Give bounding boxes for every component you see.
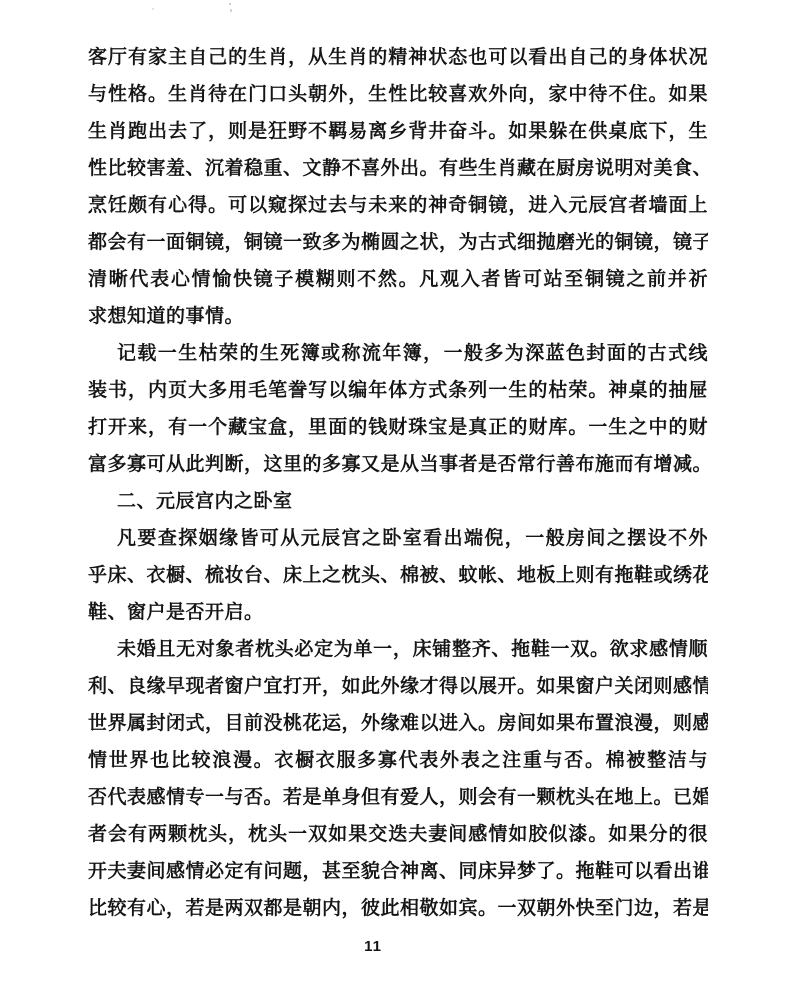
text-line: 比较有心，若是两双都是朝内，彼此相敬如宾。一双朝外快至门边，若是 xyxy=(88,890,708,927)
text-line: 与性格。生肖待在门口头朝外，生性比较喜欢外向，家中待不住。如果 xyxy=(88,76,708,113)
text-line: 求想知道的事情。 xyxy=(88,298,708,335)
text-line: 乎床、衣橱、梳妆台、床上之枕头、棉被、蚊帐、地板上则有拖鞋或绣花 xyxy=(88,557,708,594)
text-line: 都会有一面铜镜，铜镜一致多为椭圆之状，为古式细抛磨光的铜镜，镜子 xyxy=(88,224,708,261)
scan-speck xyxy=(152,8,154,10)
text-line: 打开来，有一个藏宝盒，里面的钱财珠宝是真正的财库。一生之中的财 xyxy=(88,409,708,446)
scanned-book-page: 客厅有家主自己的生肖，从生肖的精神状态也可以看出自己的身体状况 与性格。生肖待在… xyxy=(0,0,790,1002)
text-line: 开夫妻间感情必定有问题，甚至貌合神离、同床异梦了。拖鞋可以看出谁 xyxy=(88,853,708,890)
text-line: 利、良缘早现者窗户宜打开，如此外缘才得以展开。如果窗户关闭则感情 xyxy=(88,668,708,705)
section-heading: 二、元辰宫内之卧室 xyxy=(88,483,708,520)
text-line: 生肖跑出去了，则是狂野不羁易离乡背井奋斗。如果躲在供桌底下，生 xyxy=(88,113,708,150)
text-line: 记载一生枯荣的生死簿或称流年簿，一般多为深蓝色封面的古式线 xyxy=(88,335,708,372)
scan-speck xyxy=(229,3,231,5)
scan-speck xyxy=(230,9,232,12)
text-line: 凡要查探姻缘皆可从元辰宫之卧室看出端倪，一般房间之摆设不外 xyxy=(88,520,708,557)
text-line: 鞋、窗户是否开启。 xyxy=(88,594,708,631)
text-line: 情世界也比较浪漫。衣橱衣服多寡代表外表之注重与否。棉被整洁与 xyxy=(88,742,708,779)
text-line: 清晰代表心情愉快镜子模糊则不然。凡观入者皆可站至铜镜之前并祈 xyxy=(88,261,708,298)
text-line: 烹饪颇有心得。可以窥探过去与未来的神奇铜镜，进入元辰宫者墙面上 xyxy=(88,187,708,224)
body-text: 客厅有家主自己的生肖，从生肖的精神状态也可以看出自己的身体状况 与性格。生肖待在… xyxy=(88,39,708,927)
text-line: 客厅有家主自己的生肖，从生肖的精神状态也可以看出自己的身体状况 xyxy=(88,39,708,76)
page-number: 11 xyxy=(358,938,388,955)
text-line: 未婚且无对象者枕头必定为单一，床铺整齐、拖鞋一双。欲求感情顺 xyxy=(88,631,708,668)
text-line: 富多寡可从此判断，这里的多寡又是从当事者是否常行善布施而有增减。 xyxy=(88,446,708,483)
text-line: 装书，内页大多用毛笔誊写以编年体方式条列一生的枯荣。神桌的抽屉 xyxy=(88,372,708,409)
text-line: 否代表感情专一与否。若是单身但有爱人，则会有一颗枕头在地上。已婚 xyxy=(88,779,708,816)
text-line: 世界属封闭式，目前没桃花运，外缘难以进入。房间如果布置浪漫，则感 xyxy=(88,705,708,742)
text-line: 者会有两颗枕头，枕头一双如果交迭夫妻间感情如胶似漆。如果分的很 xyxy=(88,816,708,853)
text-line: 性比较害羞、沉着稳重、文静不喜外出。有些生肖藏在厨房说明对美食、 xyxy=(88,150,708,187)
